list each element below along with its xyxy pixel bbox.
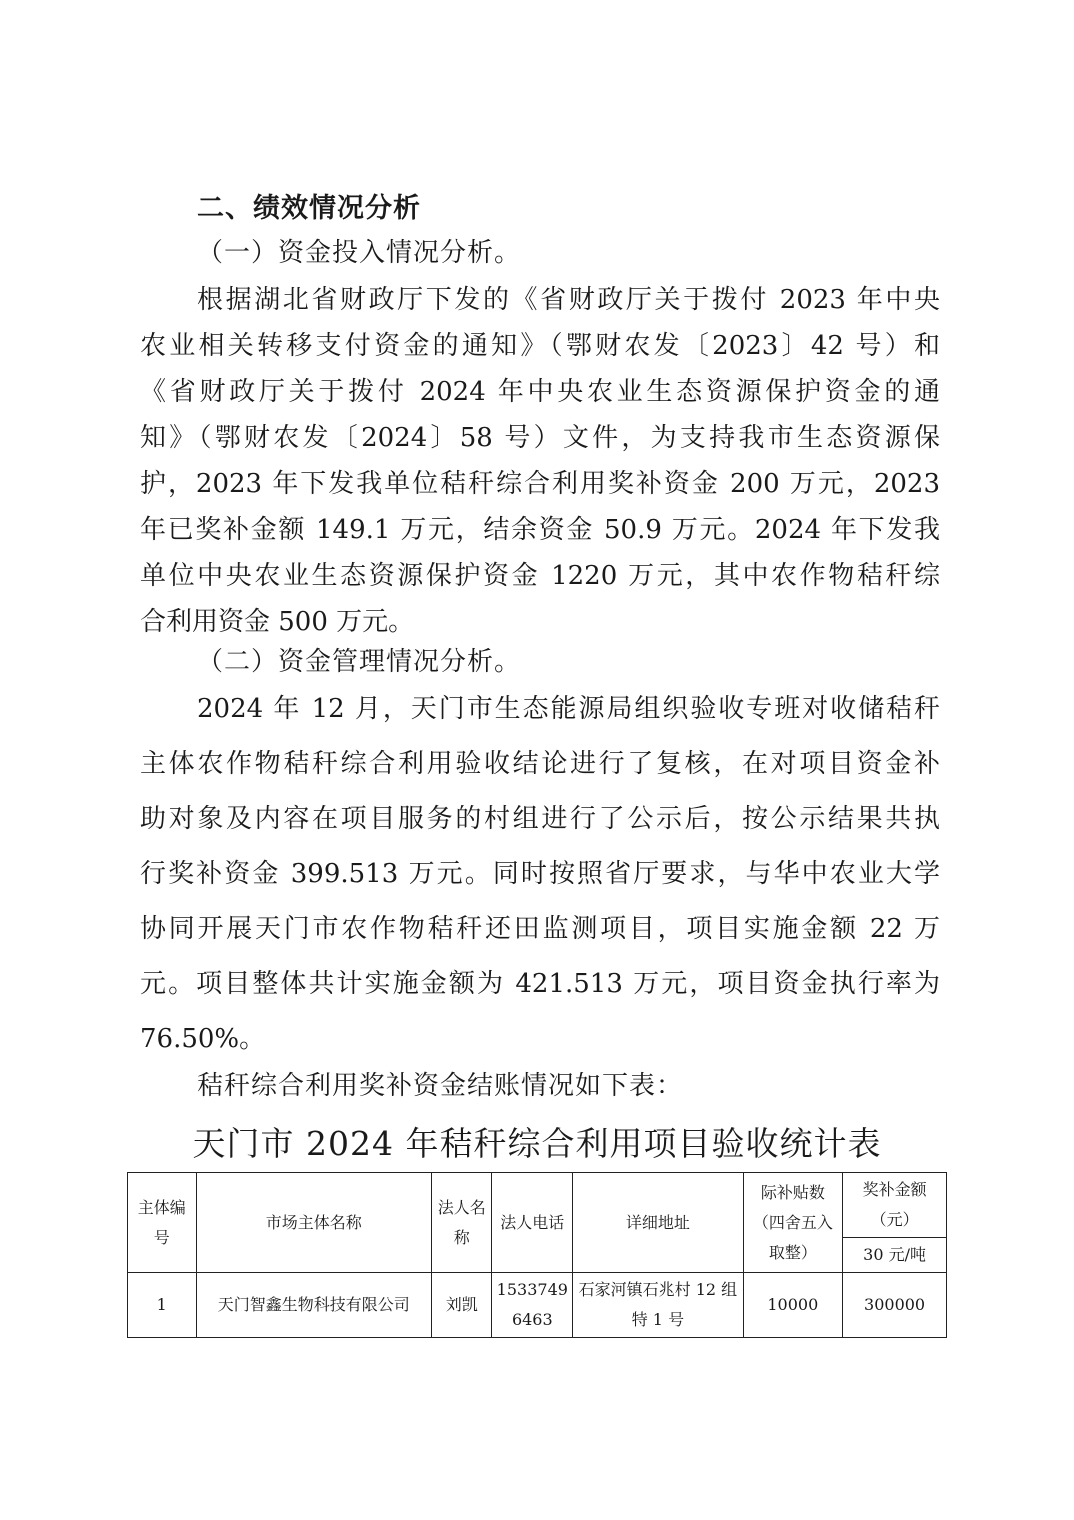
header-id: 主体编号 bbox=[128, 1173, 197, 1273]
table-row: 1 天门智鑫生物科技有限公司 刘凯 15337496463 石家河镇石兆村 12… bbox=[128, 1273, 947, 1338]
text-line: 护，2023 年下发我单位秸秆综合利用奖补资金 200 万元，2023 bbox=[140, 461, 940, 507]
header-legal-name: 法人名称 bbox=[432, 1173, 492, 1273]
cell-address: 石家河镇石兆村 12 组特 1 号 bbox=[573, 1273, 743, 1338]
paragraph-funding-management: 2024 年 12 月，天门市生态能源局组织验收专班对收储秸秆 主体农作物秸秆综… bbox=[140, 682, 940, 1067]
table-intro: 秸秆综合利用奖补资金结账情况如下表： bbox=[197, 1065, 683, 1102]
text-line: 76.50%。 bbox=[140, 1012, 940, 1067]
section-heading: 二、绩效情况分析 bbox=[197, 186, 421, 225]
cell-subsidy-qty: 10000 bbox=[743, 1273, 843, 1338]
text-line: 行奖补资金 399.513 万元。同时按照省厅要求，与华中农业大学 bbox=[140, 847, 940, 902]
cell-legal-name: 刘凯 bbox=[432, 1273, 492, 1338]
text-line: 合利用资金 500 万元。 bbox=[140, 599, 940, 645]
header-rate: 30 元/吨 bbox=[843, 1238, 947, 1273]
text-line: 知》（鄂财农发〔2024〕58 号）文件，为支持我市生态资源保 bbox=[140, 415, 940, 461]
text-line: 主体农作物秸秆综合利用验收结论进行了复核，在对项目资金补 bbox=[140, 737, 940, 792]
paragraph-funding-input: 根据湖北省财政厅下发的《省财政厅关于拨付 2023 年中央 农业相关转移支付资金… bbox=[140, 277, 940, 645]
text-line: 《省财政厅关于拨付 2024 年中央农业生态资源保护资金的通 bbox=[140, 369, 940, 415]
subsection-heading-funding-input: （一）资金投入情况分析。 bbox=[197, 232, 521, 269]
text-line: 协同开展天门市农作物秸秆还田监测项目，项目实施金额 22 万 bbox=[140, 902, 940, 957]
acceptance-statistics-table: 主体编号 市场主体名称 法人名称 法人电话 详细地址 际补贴数（四舍五入取整） … bbox=[127, 1172, 947, 1338]
header-amount: 奖补金额（元） bbox=[843, 1173, 947, 1238]
subsection-heading-funding-management: （二）资金管理情况分析。 bbox=[197, 641, 521, 678]
text-line: 年已奖补金额 149.1 万元，结余资金 50.9 万元。2024 年下发我 bbox=[140, 507, 940, 553]
text-line: 单位中央农业生态资源保护资金 1220 万元，其中农作物秸秆综 bbox=[140, 553, 940, 599]
header-legal-phone: 法人电话 bbox=[492, 1173, 573, 1273]
cell-id: 1 bbox=[128, 1273, 197, 1338]
text-line: 助对象及内容在项目服务的村组进行了公示后，按公示结果共执 bbox=[140, 792, 940, 847]
header-name: 市场主体名称 bbox=[196, 1173, 432, 1273]
text-line: 2024 年 12 月，天门市生态能源局组织验收专班对收储秸秆 bbox=[140, 682, 940, 737]
text-line: 元。项目整体共计实施金额为 421.513 万元，项目资金执行率为 bbox=[140, 957, 940, 1012]
text-line: 根据湖北省财政厅下发的《省财政厅关于拨付 2023 年中央 bbox=[140, 277, 940, 323]
table-title: 天门市 2024 年秸秆综合利用项目验收统计表 bbox=[0, 1118, 1074, 1165]
cell-amount: 300000 bbox=[843, 1273, 947, 1338]
document-page: 二、绩效情况分析 （一）资金投入情况分析。 根据湖北省财政厅下发的《省财政厅关于… bbox=[0, 0, 1074, 1520]
cell-legal-phone: 15337496463 bbox=[492, 1273, 573, 1338]
header-address: 详细地址 bbox=[573, 1173, 743, 1273]
header-subsidy-qty: 际补贴数（四舍五入取整） bbox=[743, 1173, 843, 1273]
table-header-row: 主体编号 市场主体名称 法人名称 法人电话 详细地址 际补贴数（四舍五入取整） … bbox=[128, 1173, 947, 1238]
cell-name: 天门智鑫生物科技有限公司 bbox=[196, 1273, 432, 1338]
text-line: 农业相关转移支付资金的通知》（鄂财农发〔2023〕42 号）和 bbox=[140, 323, 940, 369]
